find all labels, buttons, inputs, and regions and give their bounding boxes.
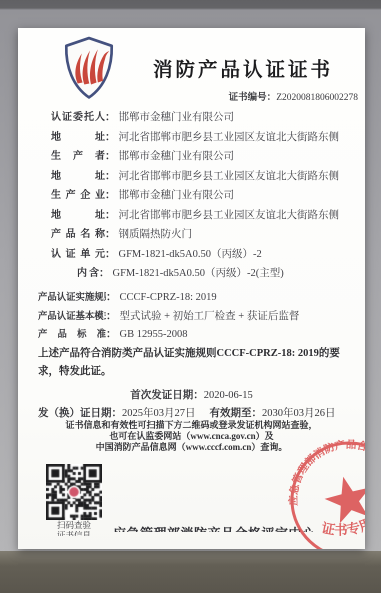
certificate-title: 消防产品认证证书 bbox=[120, 54, 365, 82]
rule-value: CCCF-CPRZ-18: 2019 bbox=[120, 292, 217, 303]
certificate-page: 消防产品认证证书 证书编号：Z2020081806002278 认证委托人：邯郸… bbox=[18, 28, 365, 549]
field-row-address-1: 地址：河北省邯郸市肥乡县工业园区友谊北大街路东侧 bbox=[51, 128, 357, 148]
conformity-statement: 上述产品符合消防类产品认证实施规则CCCF-CPRZ-18: 2019的要求，特… bbox=[38, 345, 355, 381]
colon: ： bbox=[106, 292, 117, 303]
field-value: 河北省邯郸市肥乡县工业园区友谊北大街路东侧 bbox=[119, 132, 340, 143]
colon: ： bbox=[105, 112, 116, 123]
certificate-number-value: Z2020081806002278 bbox=[276, 93, 358, 103]
rule-value: GB 12955-2008 bbox=[120, 329, 188, 340]
colon: ： bbox=[106, 329, 117, 340]
qr-code bbox=[46, 464, 102, 520]
reissue-label: 发（换）证日期： bbox=[38, 408, 122, 419]
qr-block: 扫码查验 证书信息 bbox=[44, 464, 104, 536]
rule-row-implementation: 产品认证实施规则：CCCF-CPRZ-18: 2019 bbox=[38, 289, 357, 308]
field-value: 邯郸市金穗门业有限公司 bbox=[119, 112, 235, 123]
certification-rules: 产品认证实施规则：CCCF-CPRZ-18: 2019 产品认证基本模式：型式试… bbox=[38, 289, 357, 345]
field-label: 认证委托人 bbox=[51, 108, 105, 128]
colon: ： bbox=[105, 249, 116, 260]
qr-caption-line1: 扫码查验 bbox=[44, 521, 104, 530]
field-value: 钢质隔热防火门 bbox=[119, 229, 193, 240]
colon: ： bbox=[105, 171, 116, 182]
valid-until-date: 2030年03月26日 bbox=[262, 408, 336, 419]
field-value: 邯郸市金穗门业有限公司 bbox=[119, 190, 235, 201]
qr-caption-line2: 证书信息 bbox=[44, 531, 104, 536]
colon: ： bbox=[105, 190, 116, 201]
field-row-manufacturer: 生产企业：邯郸市金穗门业有限公司 bbox=[51, 186, 357, 206]
field-label: 生产企业 bbox=[51, 186, 105, 206]
field-row-cert-unit: 认证单元：GFM-1821-dk5A0.50（丙级）-2 bbox=[51, 245, 357, 265]
field-label: 产品名称 bbox=[51, 225, 105, 245]
certificate-number-label: 证书编号： bbox=[229, 93, 277, 103]
first-issue-label: 首次发证日期： bbox=[130, 390, 204, 401]
first-issue-date: 2020-06-15 bbox=[204, 390, 253, 401]
colon: ： bbox=[106, 311, 117, 322]
field-row-address-3: 地址：河北省邯郸市肥乡县工业园区友谊北大街路东侧 bbox=[51, 206, 357, 226]
field-label: 认证单元 bbox=[51, 245, 105, 265]
field-label: 地址 bbox=[51, 167, 105, 187]
colon: ： bbox=[105, 210, 116, 221]
field-value: GFM-1821-dk5A0.50（丙级）-2(主型) bbox=[113, 268, 284, 279]
field-value: 河北省邯郸市肥乡县工业园区友谊北大街路东侧 bbox=[119, 171, 340, 182]
reissue-date-line: 发（换）证日期：2025年03月27日有效期至：2030年03月26日 bbox=[38, 405, 336, 420]
fire-shield-logo-icon bbox=[60, 36, 118, 100]
field-value: GFM-1821-dk5A0.50（丙级）-2 bbox=[119, 249, 262, 260]
field-label: 生产者 bbox=[51, 147, 105, 167]
colon: ： bbox=[105, 229, 116, 240]
valid-until-label: 有效期至： bbox=[210, 408, 263, 419]
rule-label: 产品标准 bbox=[38, 326, 106, 345]
table-surface bbox=[0, 551, 381, 593]
first-issue-date-line: 首次发证日期：2020-06-15 bbox=[18, 387, 365, 402]
rule-label: 产品认证实施规则 bbox=[38, 289, 106, 308]
rule-value: 型式试验 + 初始工厂检查 + 获证后监督 bbox=[120, 311, 300, 322]
certification-stamp: 应急管理部消防产品合格评定中心 证书专用章 bbox=[279, 430, 365, 549]
reissue-date: 2025年03月27日 bbox=[122, 408, 196, 419]
rule-label: 产品认证基本模式 bbox=[38, 308, 106, 327]
field-row-product-name: 产品名称：钢质隔热防火门 bbox=[51, 225, 357, 245]
field-row-applicant: 认证委托人：邯郸市金穗门业有限公司 bbox=[51, 108, 357, 128]
certificate-number: 证书编号：Z2020081806002278 bbox=[229, 89, 358, 103]
field-row-included-model: 内含：GFM-1821-dk5A0.50（丙级）-2(主型) bbox=[51, 264, 357, 284]
field-label: 地址 bbox=[51, 206, 105, 226]
certificate-fields: 认证委托人：邯郸市金穗门业有限公司 地址：河北省邯郸市肥乡县工业园区友谊北大街路… bbox=[51, 108, 357, 284]
colon: ： bbox=[99, 268, 110, 279]
rule-row-product-standard: 产品标准：GB 12955-2008 bbox=[38, 326, 357, 345]
field-label: 地址 bbox=[51, 128, 105, 148]
colon: ： bbox=[105, 151, 116, 162]
photo-background: 消防产品认证证书 证书编号：Z2020081806002278 认证委托人：邯郸… bbox=[0, 0, 381, 593]
field-value: 邯郸市金穗门业有限公司 bbox=[119, 151, 235, 162]
field-row-address-2: 地址：河北省邯郸市肥乡县工业园区友谊北大街路东侧 bbox=[51, 167, 357, 187]
field-label: 内含 bbox=[77, 264, 99, 284]
field-value: 河北省邯郸市肥乡县工业园区友谊北大街路东侧 bbox=[119, 210, 340, 221]
rule-row-basic-mode: 产品认证基本模式：型式试验 + 初始工厂检查 + 获证后监督 bbox=[38, 308, 357, 327]
colon: ： bbox=[105, 132, 116, 143]
stamp-star-icon bbox=[320, 471, 365, 525]
field-row-producer: 生产者：邯郸市金穗门业有限公司 bbox=[51, 147, 357, 167]
